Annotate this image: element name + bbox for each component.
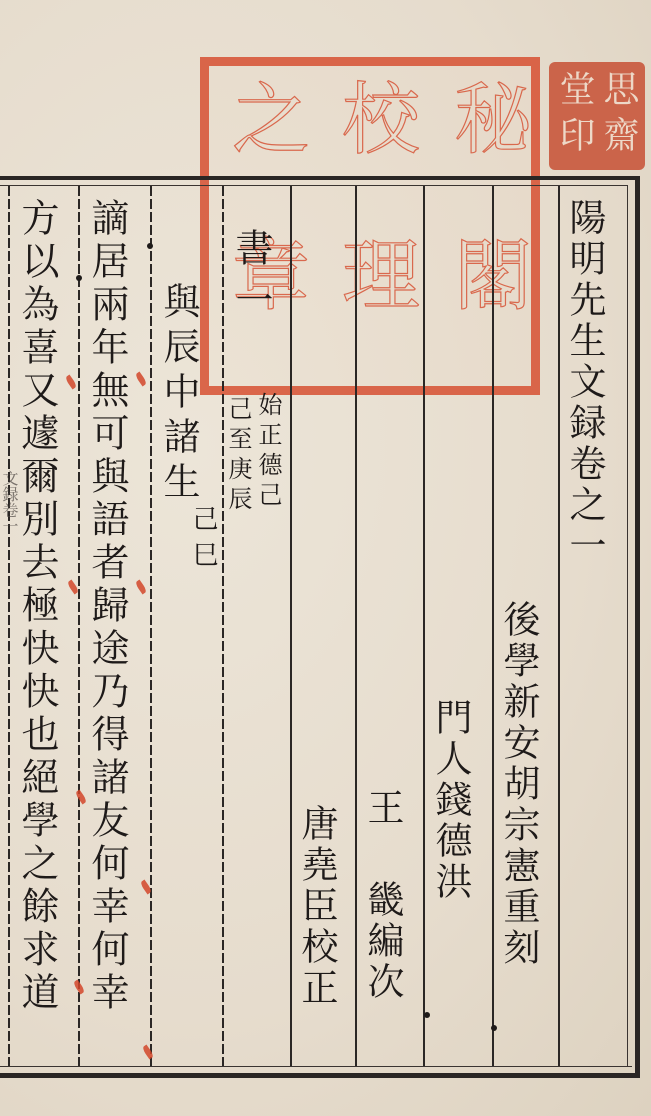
section-heading: 書一 xyxy=(232,228,270,332)
column-rule xyxy=(492,186,494,1066)
book-page: 秘 閣 校 理 之 章 思 齋 堂 印 文録卷一 陽明先生文録卷之一 後學新安胡… xyxy=(0,0,651,1116)
credit-column-wang: 王 xyxy=(364,788,401,829)
frame-top-border xyxy=(0,176,636,180)
frame-top-inner-line xyxy=(0,185,628,186)
frame-right-border xyxy=(635,176,640,1078)
frame-right-inner-line xyxy=(627,185,628,1067)
section-note-left: 己至庚辰 xyxy=(226,396,250,516)
seal-glyph: 之 xyxy=(225,78,303,156)
ink-dot-mark xyxy=(76,275,82,281)
column-rule xyxy=(355,186,357,1066)
column-rule xyxy=(558,186,560,1066)
ink-dot-mark xyxy=(147,243,153,249)
seal-glyph: 秘 xyxy=(447,78,525,156)
red-punctuation-mark xyxy=(73,980,86,995)
body-column-2: 方以為喜又遽爾別去極快快也絕學之餘求道 xyxy=(18,198,56,1015)
credit-column-engraver: 後學新安胡宗憲重刻 xyxy=(500,600,537,969)
credit-column-disciple: 門人錢德洪 xyxy=(432,698,469,903)
column-rule xyxy=(8,186,10,1066)
red-punctuation-mark xyxy=(65,375,78,390)
red-punctuation-mark xyxy=(135,372,148,387)
seal-glyph: 理 xyxy=(335,234,413,312)
ink-dot-mark xyxy=(491,1025,497,1031)
seal-glyph: 校 xyxy=(335,78,413,156)
body-column-1: 謫居兩年無可與語者歸途乃得諸友何幸何幸 xyxy=(88,198,126,1015)
letter-title-note: 己巳 xyxy=(190,505,216,577)
red-punctuation-mark xyxy=(135,580,148,595)
ink-dot-mark xyxy=(424,1012,430,1018)
credit-column-compiler: 畿編次 xyxy=(364,880,401,1003)
credit-column-editor: 唐堯臣校正 xyxy=(298,804,335,1009)
seal-glyph: 齋 xyxy=(599,116,637,152)
seal-glyph: 閣 xyxy=(447,234,525,312)
column-rule xyxy=(290,186,292,1066)
column-rule xyxy=(150,186,152,1066)
column-rule xyxy=(423,186,425,1066)
frame-bottom-inner-line xyxy=(0,1066,632,1067)
section-note-right: 始正德己 xyxy=(256,392,280,512)
red-punctuation-mark xyxy=(142,1045,155,1060)
column-rule xyxy=(222,186,224,1066)
small-red-seal: 思 齋 堂 印 xyxy=(549,62,645,170)
letter-title: 與辰中諸生 xyxy=(160,282,197,507)
frame-bottom-border xyxy=(0,1073,640,1078)
book-title-column: 陽明先生文録卷之一 xyxy=(566,198,603,567)
column-rule xyxy=(78,186,80,1066)
seal-glyph: 印 xyxy=(555,116,593,152)
seal-glyph: 堂 xyxy=(555,70,593,106)
seal-glyph: 思 xyxy=(599,70,637,106)
large-red-seal: 秘 閣 校 理 之 章 xyxy=(200,57,540,395)
